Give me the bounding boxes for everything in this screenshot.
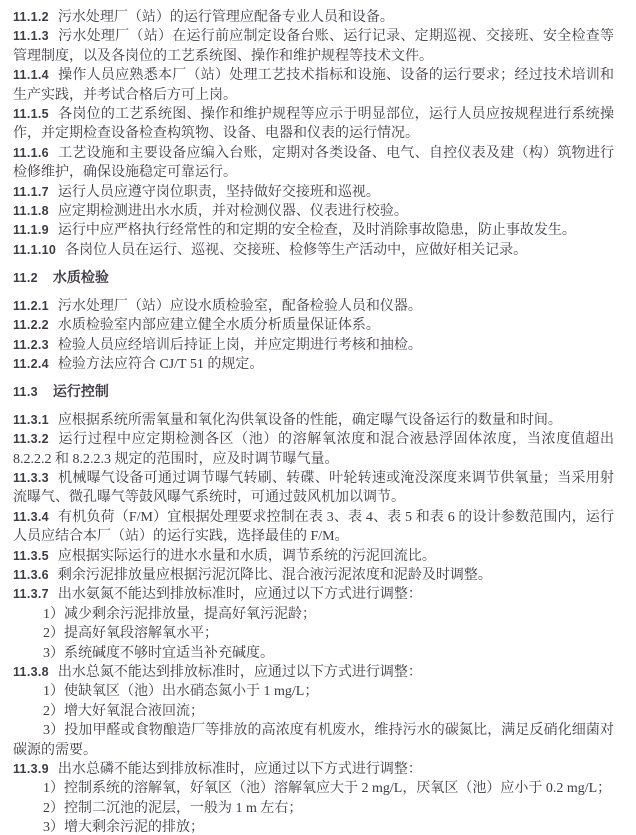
clause-paragraph: 11.3.8出水总氮不能达到排放标准时，应通过以下方式进行调整：	[13, 663, 614, 682]
clause-paragraph: 11.2.4检验方法应符合 CJ/T 51 的规定。	[13, 355, 614, 374]
clause-text: 运行过程中应定期检测各区（池）的溶解氧浓度和混合液悬浮固体浓度，当浓度值超出 8…	[13, 432, 614, 466]
clause-paragraph: 11.3.3机械曝气设备可通过调节曝气转刷、转碟、叶轮转速或淹没深度来调节供氧量…	[13, 469, 614, 508]
clause-paragraph: 11.2.1污水处理厂（站）应设水质检验室，配备检验人员和仪器。	[13, 297, 614, 316]
list-item: 1）使缺氧区（池）出水硝态氮小于 1 mg/L；	[13, 682, 614, 701]
list-item: 2）控制二沉池的泥层，一般为 1 m 左右；	[13, 799, 614, 818]
clause-paragraph: 11.2.3检验人员应经培训后持证上岗，并应定期进行考核和抽检。	[13, 336, 614, 355]
clause-number: 11.1.6	[13, 146, 49, 160]
list-item: 3）投加甲醛或食物酿造厂等排放的高浓度有机废水，维持污水的碳氮比，满足反硝化细菌…	[13, 721, 614, 760]
clause-paragraph: 11.1.6工艺设施和主要设备应编入台账，定期对各类设备、电气、自控仪表及建（构…	[13, 144, 614, 183]
clause-number: 11.3.1	[13, 413, 49, 427]
clause-number: 11.3.6	[13, 568, 49, 582]
clause-text: 运行中应严格执行经常性的和定期的安全检查，及时消除事故隐患，防止事故发生。	[58, 223, 576, 238]
clause-number: 11.1.3	[13, 29, 49, 43]
clause-paragraph: 11.1.4操作人员应熟悉本厂（站）处理工艺技术指标和设施、设备的运行要求；经过…	[13, 66, 614, 105]
list-item: 3）系统碱度不够时宜适当补充碱度。	[13, 644, 614, 663]
clause-paragraph: 11.3.1应根据系统所需氧量和氧化沟供氧设备的性能，确定曝气设备运行的数量和时…	[13, 411, 614, 430]
heading-number: 11.2	[13, 271, 38, 285]
clause-text: 各岗位的工艺系统图、操作和维护规程等应示于明显部位，运行人员应按规程进行系统操作…	[13, 107, 614, 141]
clause-number: 11.1.9	[13, 223, 49, 237]
clause-paragraph: 11.1.5各岗位的工艺系统图、操作和维护规程等应示于明显部位，运行人员应按规程…	[13, 105, 614, 144]
section-heading: 11.2水质检验	[13, 268, 614, 288]
clause-number: 11.2.2	[13, 318, 49, 332]
clause-number: 11.1.8	[13, 204, 49, 218]
clause-paragraph: 11.1.8应定期检测进出水水质，并对检测仪器、仪表进行校验。	[13, 202, 614, 221]
clause-number: 11.3.2	[13, 432, 49, 446]
clause-paragraph: 11.3.6剩余污泥排放量应根据污泥沉降比、混合液污泥浓度和泥龄及时调整。	[13, 566, 614, 585]
clause-text: 机械曝气设备可通过调节曝气转刷、转碟、叶轮转速或淹没深度来调节供氧量；当采用射流…	[13, 471, 614, 505]
clause-number: 11.1.4	[13, 68, 49, 82]
clause-text: 出水总氮不能达到排放标准时，应通过以下方式进行调整：	[58, 665, 422, 680]
clause-number: 11.3.5	[13, 549, 49, 563]
document-content: 11.1.2污水处理厂（站）的运行管理应配备专业人员和设备。11.1.3污水处理…	[13, 8, 614, 835]
clause-paragraph: 11.3.9出水总磷不能达到排放标准时，应通过以下方式进行调整：	[13, 760, 614, 779]
clause-paragraph: 11.2.2水质检验室内部应建立健全水质分析质量保证体系。	[13, 316, 614, 335]
clause-text: 操作人员应熟悉本厂（站）处理工艺技术指标和设施、设备的运行要求；经过技术培训和生…	[13, 68, 614, 102]
clause-number: 11.1.5	[13, 107, 49, 121]
clause-paragraph: 11.1.7运行人员应遵守岗位职责，坚持做好交接班和巡视。	[13, 183, 614, 202]
clause-text: 有机负荷（F/M）宜根据处理要求控制在表 3、表 4、表 5 和表 6 的设计参…	[13, 510, 614, 544]
clause-text: 剩余污泥排放量应根据污泥沉降比、混合液污泥浓度和泥龄及时调整。	[58, 568, 492, 583]
clause-text: 检验人员应经培训后持证上岗，并应定期进行考核和抽检。	[58, 338, 422, 353]
list-item: 2）增大好氧混合液回流；	[13, 702, 614, 721]
clause-text: 各岗位人员在运行、巡视、交接班、检修等生产活动中，应做好相关记录。	[65, 243, 527, 258]
heading-title: 水质检验	[53, 269, 109, 285]
clause-paragraph: 11.3.5应根据实际运行的进水水量和水质，调节系统的污泥回流比。	[13, 547, 614, 566]
heading-title: 运行控制	[53, 383, 109, 399]
clause-text: 应根据实际运行的进水水量和水质，调节系统的污泥回流比。	[58, 549, 436, 564]
clause-number: 11.3.9	[13, 762, 49, 776]
section-heading: 11.3运行控制	[13, 382, 614, 402]
clause-paragraph: 11.3.4有机负荷（F/M）宜根据处理要求控制在表 3、表 4、表 5 和表 …	[13, 508, 614, 547]
clause-number: 11.3.7	[13, 587, 49, 601]
list-item: 2）提高好氧段溶解氧水平；	[13, 624, 614, 643]
clause-number: 11.3.4	[13, 510, 49, 524]
list-item: 3）增大剩余污泥的排放；	[13, 818, 614, 835]
clause-text: 污水处理厂（站）应设水质检验室，配备检验人员和仪器。	[58, 299, 422, 314]
clause-text: 运行人员应遵守岗位职责，坚持做好交接班和巡视。	[58, 185, 380, 200]
clause-number: 11.1.2	[13, 10, 49, 24]
list-item: 1）减少剩余污泥排放量，提高好氧污泥龄；	[13, 605, 614, 624]
clause-number: 11.2.1	[13, 299, 49, 313]
clause-text: 应根据系统所需氧量和氧化沟供氧设备的性能，确定曝气设备运行的数量和时间。	[58, 413, 562, 428]
clause-text: 出水总磷不能达到排放标准时，应通过以下方式进行调整：	[58, 762, 422, 777]
clause-text: 水质检验室内部应建立健全水质分析质量保证体系。	[58, 318, 380, 333]
list-item: 1）控制系统的溶解氧，好氧区（池）溶解氧应大于 2 mg/L，厌氧区（池）应小于…	[13, 779, 614, 798]
clause-paragraph: 11.3.2运行过程中应定期检测各区（池）的溶解氧浓度和混合液悬浮固体浓度，当浓…	[13, 430, 614, 469]
clause-text: 出水氨氮不能达到排放标准时，应通过以下方式进行调整：	[58, 587, 422, 602]
clause-number: 11.1.10	[13, 243, 56, 257]
clause-paragraph: 11.1.9运行中应严格执行经常性的和定期的安全检查，及时消除事故隐患，防止事故…	[13, 221, 614, 240]
clause-paragraph: 11.1.2污水处理厂（站）的运行管理应配备专业人员和设备。	[13, 8, 614, 27]
clause-paragraph: 11.1.10各岗位人员在运行、巡视、交接班、检修等生产活动中，应做好相关记录。	[13, 241, 614, 260]
clause-number: 11.3.8	[13, 665, 49, 679]
clause-number: 11.2.3	[13, 338, 49, 352]
clause-text: 污水处理厂（站）的运行管理应配备专业人员和设备。	[58, 10, 394, 25]
clause-number: 11.1.7	[13, 185, 49, 199]
clause-text: 污水处理厂（站）在运行前应制定设备台账、运行记录、定期巡视、交接班、安全检查等管…	[13, 29, 614, 63]
clause-paragraph: 11.3.7出水氨氮不能达到排放标准时，应通过以下方式进行调整：	[13, 585, 614, 604]
clause-paragraph: 11.1.3污水处理厂（站）在运行前应制定设备台账、运行记录、定期巡视、交接班、…	[13, 27, 614, 66]
clause-number: 11.3.3	[13, 471, 49, 485]
clause-number: 11.2.4	[13, 357, 49, 371]
heading-number: 11.3	[13, 385, 38, 399]
clause-text: 工艺设施和主要设备应编入台账，定期对各类设备、电气、自控仪表及建（构）筑物进行检…	[13, 146, 614, 180]
clause-text: 检验方法应符合 CJ/T 51 的规定。	[58, 357, 263, 372]
clause-text: 应定期检测进出水水质，并对检测仪器、仪表进行校验。	[58, 204, 408, 219]
document-page: 11.1.2污水处理厂（站）的运行管理应配备专业人员和设备。11.1.3污水处理…	[0, 0, 636, 835]
